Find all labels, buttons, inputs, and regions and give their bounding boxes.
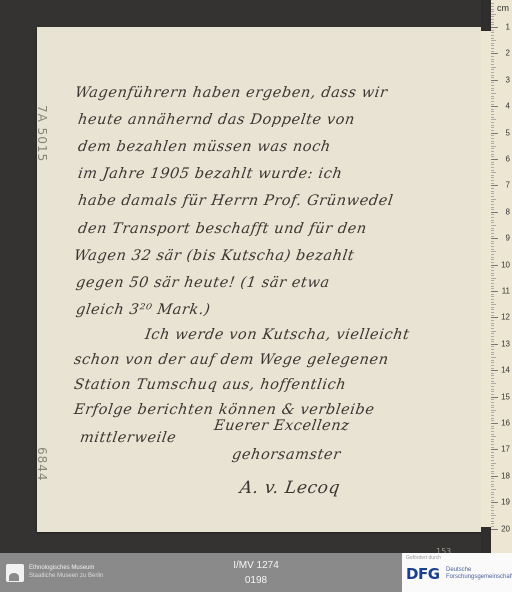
ruler-major-tick — [491, 291, 498, 292]
ruler-minor-tick — [491, 172, 496, 173]
ruler-minor-tick — [491, 257, 494, 258]
ruler-major-tick — [491, 27, 498, 28]
ruler-minor-tick — [491, 114, 494, 115]
ruler-minor-tick — [491, 349, 494, 350]
ruler-minor-tick — [491, 447, 494, 448]
ruler-minor-tick — [491, 88, 494, 89]
ruler-minor-tick — [491, 154, 494, 155]
ruler-minor-tick — [491, 199, 496, 200]
ruler-minor-tick — [491, 30, 494, 31]
letter-line: mittlerweile — [79, 430, 177, 446]
ruler-minor-tick — [491, 420, 494, 421]
ruler-minor-tick — [491, 170, 494, 171]
ruler-minor-tick — [491, 207, 494, 208]
ruler-minor-tick — [491, 489, 496, 490]
ruler-label: 3 — [506, 75, 510, 84]
ruler-minor-tick — [491, 278, 496, 279]
ruler-minor-tick — [491, 368, 494, 369]
letter-line: Wagenführern haben ergeben, dass wir — [74, 85, 389, 101]
ruler-minor-tick — [491, 6, 494, 7]
ruler-minor-tick — [491, 460, 494, 461]
ruler-minor-tick — [491, 505, 494, 506]
ruler-minor-tick — [491, 3, 494, 4]
ruler-minor-tick — [491, 220, 494, 221]
ruler-minor-tick — [491, 217, 494, 218]
letter-line: gegen 50 sär heute! (1 sär etwa — [75, 275, 331, 291]
ruler-major-tick — [491, 476, 498, 477]
ruler-minor-tick — [491, 402, 494, 403]
dfg-name-line2: Forschungsgemeinschaft — [446, 574, 512, 581]
ruler-minor-tick — [491, 375, 494, 376]
ruler-minor-tick — [491, 434, 494, 435]
ruler-minor-tick — [491, 72, 494, 73]
ruler-minor-tick — [491, 510, 494, 511]
ruler-minor-tick — [491, 77, 494, 78]
ruler-label: 8 — [506, 207, 510, 216]
ruler-minor-tick — [491, 130, 494, 131]
ruler-minor-tick — [491, 325, 494, 326]
ruler-major-tick — [491, 80, 498, 81]
ruler-label: 20 — [501, 524, 510, 533]
ruler-minor-tick — [491, 457, 494, 458]
ruler-minor-tick — [491, 280, 494, 281]
ruler-minor-tick — [491, 463, 496, 464]
ruler-minor-tick — [491, 354, 494, 355]
ruler-minor-tick — [491, 104, 494, 105]
ruler-minor-tick — [491, 465, 494, 466]
ruler-minor-tick — [491, 43, 494, 44]
ruler-minor-tick — [491, 381, 494, 382]
ruler-label: 13 — [501, 339, 510, 348]
letter-line: im Jahre 1905 bezahlt wurde: ich — [77, 166, 344, 182]
ruler-minor-tick — [491, 222, 494, 223]
ruler-minor-tick — [491, 191, 494, 192]
ruler-minor-tick — [491, 75, 494, 76]
ruler-minor-tick — [491, 225, 496, 226]
ruler-minor-tick — [491, 96, 494, 97]
ruler-minor-tick — [491, 436, 496, 437]
ruler-minor-tick — [491, 320, 494, 321]
ruler-minor-tick — [491, 193, 494, 194]
ruler-minor-tick — [491, 444, 494, 445]
ruler-minor-tick — [491, 236, 494, 237]
ruler-label: 4 — [506, 102, 510, 111]
ruler-minor-tick — [491, 93, 496, 94]
closing-salutation: Euerer Excellenz — [213, 418, 351, 434]
ruler-minor-tick — [491, 452, 494, 453]
ruler-major-tick — [491, 53, 498, 54]
letter-line: gleich 3²⁰ Mark.) — [75, 302, 212, 318]
ruler-minor-tick — [491, 167, 494, 168]
ruler-minor-tick — [491, 523, 494, 524]
ruler-label: 16 — [501, 419, 510, 428]
ruler-minor-tick — [491, 59, 494, 60]
ruler-minor-tick — [491, 478, 494, 479]
ruler-minor-tick — [491, 304, 496, 305]
ruler-minor-tick — [491, 125, 494, 126]
ruler-minor-tick — [491, 386, 494, 387]
ruler-minor-tick — [491, 11, 494, 12]
ruler-minor-tick — [491, 64, 494, 65]
ruler-minor-tick — [491, 500, 494, 501]
closing-gehorsamster: gehorsamster — [231, 447, 342, 463]
ruler-minor-tick — [491, 497, 494, 498]
ruler-minor-tick — [491, 473, 494, 474]
ruler-major-tick — [491, 317, 498, 318]
ruler-minor-tick — [491, 51, 494, 52]
ruler-minor-tick — [491, 328, 494, 329]
ruler-minor-tick — [491, 494, 494, 495]
ruler-minor-tick — [491, 228, 494, 229]
ruler-minor-tick — [491, 283, 494, 284]
ruler-minor-tick — [491, 259, 494, 260]
ruler-minor-tick — [491, 399, 494, 400]
ruler-minor-tick — [491, 56, 494, 57]
ruler-minor-tick — [491, 296, 494, 297]
ruler-minor-tick — [491, 441, 494, 442]
ruler-label: 15 — [501, 392, 510, 401]
ruler-minor-tick — [491, 214, 494, 215]
ruler-minor-tick — [491, 383, 496, 384]
dfg-credit: Gefördert durch DFG Deutsche Forschungsg… — [402, 553, 512, 592]
letter-line: Erfolge berichten können & verbleibe — [73, 402, 376, 418]
ruler-major-tick — [491, 529, 498, 530]
ruler-minor-tick — [491, 267, 494, 268]
ruler-minor-tick — [491, 352, 494, 353]
ruler-minor-tick — [491, 141, 494, 142]
ruler-minor-tick — [491, 246, 494, 247]
ruler-major-tick — [491, 185, 498, 186]
ruler-minor-tick — [491, 254, 494, 255]
ruler-minor-tick — [491, 117, 494, 118]
ruler-minor-tick — [491, 471, 494, 472]
ruler-label: 1 — [506, 23, 510, 32]
ruler-minor-tick — [491, 188, 494, 189]
ruler-minor-tick — [491, 455, 494, 456]
ruler-minor-tick — [491, 357, 496, 358]
ruler-minor-tick — [491, 119, 496, 120]
ruler-shadow-bottom — [481, 527, 491, 553]
ruler-major-tick — [491, 397, 498, 398]
funded-by-label: Gefördert durch — [406, 555, 441, 561]
dfg-name-line1: Deutsche — [446, 567, 512, 574]
ruler-minor-tick — [491, 378, 494, 379]
ruler-minor-tick — [491, 101, 494, 102]
letter-line: Wagen 32 sär (bis Kutscha) bezahlt — [73, 248, 356, 264]
ruler-minor-tick — [491, 389, 494, 390]
ruler-minor-tick — [491, 431, 494, 432]
ruler-minor-tick — [491, 9, 494, 10]
ruler-minor-tick — [491, 492, 494, 493]
ruler-shadow-top — [481, 0, 491, 31]
ruler-label: 17 — [501, 445, 510, 454]
ruler-minor-tick — [491, 373, 494, 374]
ruler-minor-tick — [491, 16, 494, 17]
ruler-major-tick — [491, 370, 498, 371]
ruler-minor-tick — [491, 339, 494, 340]
ruler-major-tick — [491, 212, 498, 213]
ruler-major-tick — [491, 238, 498, 239]
ruler-minor-tick — [491, 302, 494, 303]
ruler-minor-tick — [491, 407, 494, 408]
footer-bar: Ethnologisches Museum Staatliche Museen … — [0, 553, 512, 592]
ruler-minor-tick — [491, 35, 494, 36]
ruler-label: 9 — [506, 234, 510, 243]
ruler-minor-tick — [491, 164, 494, 165]
ruler-minor-tick — [491, 14, 496, 15]
ruler-minor-tick — [491, 233, 494, 234]
ruler-major-tick — [491, 265, 498, 266]
letter-line: heute annähernd das Doppelte von — [77, 112, 356, 128]
cm-ruler: cm 1234567891011121314151617181920 — [481, 0, 512, 553]
ruler-label: 5 — [506, 128, 510, 137]
ruler-minor-tick — [491, 32, 494, 33]
ruler-minor-tick — [491, 418, 494, 419]
ruler-minor-tick — [491, 426, 494, 427]
ruler-minor-tick — [491, 127, 494, 128]
ruler-minor-tick — [491, 515, 496, 516]
ruler-minor-tick — [491, 196, 494, 197]
ruler-minor-tick — [491, 156, 494, 157]
letter-line: Station Tumschuq aus, hoffentlich — [73, 377, 347, 393]
ruler-major-tick — [491, 449, 498, 450]
ruler-major-tick — [491, 502, 498, 503]
ruler-minor-tick — [491, 410, 496, 411]
ruler-minor-tick — [491, 241, 494, 242]
ruler-minor-tick — [491, 201, 494, 202]
ruler-minor-tick — [491, 468, 494, 469]
ruler-minor-tick — [491, 251, 496, 252]
ruler-minor-tick — [491, 82, 494, 83]
dfg-logo-icon: DFG — [406, 565, 440, 583]
ruler-minor-tick — [491, 405, 494, 406]
ruler-minor-tick — [491, 428, 494, 429]
letter-line: schon von der auf dem Wege gelegenen — [73, 352, 390, 368]
ruler-minor-tick — [491, 138, 494, 139]
ruler-minor-tick — [491, 513, 494, 514]
ruler-minor-tick — [491, 309, 494, 310]
ruler-minor-tick — [491, 61, 494, 62]
ruler-minor-tick — [491, 341, 494, 342]
ruler-minor-tick — [491, 415, 494, 416]
ruler-minor-tick — [491, 204, 494, 205]
ruler-minor-tick — [491, 243, 494, 244]
signature: A. v. Lecoq — [239, 478, 342, 498]
ruler-minor-tick — [491, 394, 494, 395]
ruler-minor-tick — [491, 333, 494, 334]
ruler-minor-tick — [491, 146, 496, 147]
pencil-note-number: 6844 — [35, 447, 49, 482]
ruler-minor-tick — [491, 183, 494, 184]
ruler-minor-tick — [491, 412, 494, 413]
ruler-minor-tick — [491, 286, 494, 287]
ruler-label: 10 — [501, 260, 510, 269]
ruler-minor-tick — [491, 262, 494, 263]
ruler-label: 7 — [506, 181, 510, 190]
ruler-minor-tick — [491, 336, 494, 337]
ruler-label: 11 — [502, 287, 510, 296]
ruler-minor-tick — [491, 162, 494, 163]
ruler-minor-tick — [491, 526, 494, 527]
ruler-minor-tick — [491, 135, 494, 136]
ruler-minor-tick — [491, 270, 494, 271]
ruler-minor-tick — [491, 48, 494, 49]
ruler-minor-tick — [491, 249, 494, 250]
ruler-minor-tick — [491, 180, 494, 181]
ruler-minor-tick — [491, 109, 494, 110]
ruler-minor-tick — [491, 90, 494, 91]
letter-line: dem bezahlen müssen was noch — [77, 139, 332, 155]
ruler-minor-tick — [491, 273, 494, 274]
ruler-minor-tick — [491, 122, 494, 123]
ruler-label: 6 — [506, 155, 510, 164]
ruler-minor-tick — [491, 346, 494, 347]
ruler-minor-tick — [491, 111, 494, 112]
ruler-minor-tick — [491, 486, 494, 487]
ruler-minor-tick — [491, 315, 494, 316]
ruler-major-tick — [491, 133, 498, 134]
letter-line: den Transport beschafft und für den — [77, 221, 368, 237]
ruler-label: 19 — [501, 498, 510, 507]
ruler-major-tick — [491, 159, 498, 160]
ruler-minor-tick — [491, 507, 494, 508]
ruler-minor-tick — [491, 143, 494, 144]
ruler-minor-tick — [491, 19, 494, 20]
ruler-major-tick — [491, 106, 498, 107]
ruler-minor-tick — [491, 307, 494, 308]
ruler-minor-tick — [491, 45, 494, 46]
ruler-minor-tick — [491, 360, 494, 361]
ruler-minor-tick — [491, 175, 494, 176]
ruler-minor-tick — [491, 288, 494, 289]
ruler-minor-tick — [491, 40, 496, 41]
ruler-unit-label: cm — [497, 3, 509, 13]
ruler-label: 12 — [501, 313, 510, 322]
ruler-minor-tick — [491, 151, 494, 152]
ruler-label: 14 — [501, 366, 510, 375]
ruler-minor-tick — [491, 177, 494, 178]
ruler-major-tick — [491, 423, 498, 424]
ruler-minor-tick — [491, 518, 494, 519]
ruler-minor-tick — [491, 148, 494, 149]
ruler-minor-tick — [491, 365, 494, 366]
ruler-major-tick — [491, 344, 498, 345]
ruler-minor-tick — [491, 85, 494, 86]
ruler-minor-tick — [491, 209, 494, 210]
ruler-minor-tick — [491, 481, 494, 482]
ruler-minor-tick — [491, 331, 496, 332]
ruler-minor-tick — [491, 299, 494, 300]
ruler-minor-tick — [491, 391, 494, 392]
ruler-minor-tick — [491, 294, 494, 295]
letter-line: Ich werde von Kutscha, vielleicht — [144, 327, 411, 343]
ruler-minor-tick — [491, 275, 494, 276]
ruler-minor-tick — [491, 67, 496, 68]
ruler-minor-tick — [491, 312, 494, 313]
ruler-minor-tick — [491, 22, 494, 23]
ruler-minor-tick — [491, 439, 494, 440]
ruler-minor-tick — [491, 484, 494, 485]
ruler-minor-tick — [491, 521, 494, 522]
ruler-minor-tick — [491, 98, 494, 99]
ruler-label: 18 — [501, 471, 510, 480]
ruler-minor-tick — [491, 24, 494, 25]
ruler-minor-tick — [491, 323, 494, 324]
ruler-label: 2 — [506, 49, 510, 58]
ruler-minor-tick — [491, 362, 494, 363]
ruler-minor-tick — [491, 38, 494, 39]
ruler-minor-tick — [491, 69, 494, 70]
letter-line: habe damals für Herrn Prof. Grünwedel — [77, 193, 394, 209]
ruler-minor-tick — [491, 230, 494, 231]
dfg-name: Deutsche Forschungsgemeinschaft — [446, 567, 512, 581]
pencil-note-inventory: 7A 5015 — [35, 105, 49, 162]
